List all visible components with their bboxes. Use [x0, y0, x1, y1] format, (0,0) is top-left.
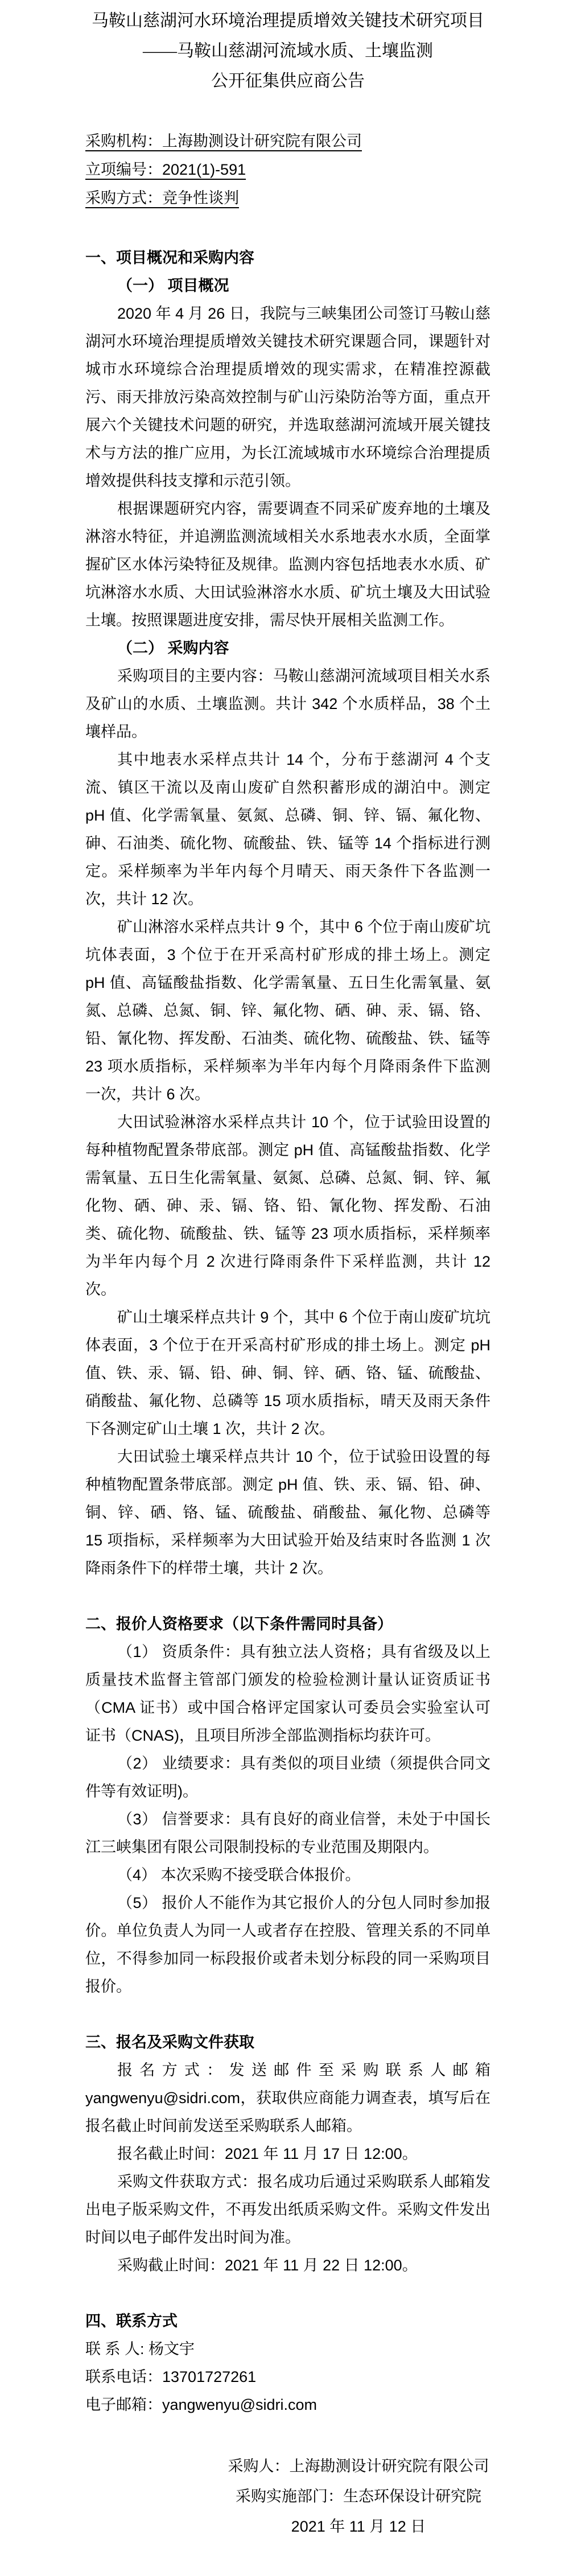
contact-phone-line: 联系电话：13701727261 [85, 2363, 490, 2391]
paragraph-mine-soil-sampling: 矿山土壤采样点共计 9 个，其中 6 个位于南山废矿坑坑体表面，3 个位于在开采… [85, 1304, 490, 1443]
contact-email-line: 电子邮箱：yangwenyu@sidri.com [85, 2391, 490, 2419]
paragraph-field-test-soil-sampling: 大田试验土壤采样点共计 10 个，位于试验田设置的每种植物配置条带底部。测定 p… [85, 1443, 490, 1582]
document-body: 一、项目概况和采购内容 （一） 项目概况 2020 年 4 月 26 日，我院与… [85, 212, 490, 2419]
paragraph-registration-deadline: 报名截止时间：2021 年 11 月 17 日 12:00。 [85, 2140, 490, 2168]
signature-block: 采购人：上海勘测设计研究院有限公司 采购实施部门：生态环保设计研究院 2021 … [226, 2451, 490, 2542]
section-1-sub-2-heading: （二） 采购内容 [85, 634, 490, 662]
meta-agency-line: 采购机构：上海勘测设计研究院有限公司 [85, 127, 490, 155]
meta-agency-text: 采购机构：上海勘测设计研究院有限公司 [85, 133, 362, 150]
footer-date-line: 2021 年 11 月 12 日 [226, 2512, 490, 2542]
qualification-item-3: （3） 信誉要求：具有良好的商业信誉，未处于中国长江三峡集团有限公司限制投标的专… [85, 1806, 490, 1861]
section-1-heading: 一、项目概况和采购内容 [85, 244, 490, 272]
paragraph-mine-leachate-sampling: 矿山淋溶水采样点共计 9 个，其中 6 个位于南山废矿坑坑体表面，3 个位于在开… [85, 913, 490, 1108]
section-3-heading: 三、报名及采购文件获取 [85, 2029, 490, 2056]
paragraph-procurement-deadline: 采购截止时间：2021 年 11 月 22 日 12:00。 [85, 2252, 490, 2280]
meta-project-number-line: 立项编号：2021(1)-591 [85, 155, 490, 184]
doc-title-line-3: 公开征集供应商公告 [85, 66, 490, 96]
paragraph-field-test-leachate-sampling: 大田试验淋溶水采样点共计 10 个，位于试验田设置的每种植物配置条带底部。测定 … [85, 1108, 490, 1304]
paragraph-registration-method: 报名方式：发送邮件至采购联系人邮箱 yangwenyu@sidri.com，获取… [85, 2056, 490, 2140]
blank-line [85, 2001, 490, 2029]
blank-line [85, 2280, 490, 2307]
meta-procurement-method-text: 采购方式：竞争性谈判 [85, 189, 239, 207]
section-4-heading: 四、联系方式 [85, 2307, 490, 2335]
qualification-item-4: （4） 本次采购不接受联合体报价。 [85, 1861, 490, 1889]
section-2-heading: 二、报价人资格要求（以下条件需同时具备） [85, 1610, 490, 1638]
blank-line [85, 212, 490, 244]
paragraph-project-overview-2: 根据课题研究内容，需要调查不同采矿废弃地的土壤及淋溶水特征，并追溯监测流域相关水… [85, 495, 490, 634]
meta-project-number-text: 立项编号：2021(1)-591 [85, 161, 246, 178]
meta-block: 采购机构：上海勘测设计研究院有限公司 立项编号：2021(1)-591 采购方式… [85, 127, 490, 212]
qualification-item-1: （1） 资质条件：具有独立法人资格；具有省级及以上质量技术监督主管部门颁发的检验… [85, 1638, 490, 1750]
blank-line [85, 1582, 490, 1610]
meta-procurement-method-line: 采购方式：竞争性谈判 [85, 184, 490, 212]
paragraph-document-delivery: 采购文件获取方式：报名成功后通过采购联系人邮箱发出电子版采购文件，不再发出纸质采… [85, 2168, 490, 2252]
footer-purchaser-line: 采购人：上海勘测设计研究院有限公司 [226, 2451, 490, 2482]
document-page: 马鞍山慈湖河水环境治理提质增效关键技术研究项目 ——马鞍山慈湖河流域水质、土壤监… [0, 0, 569, 2576]
paragraph-project-overview-1: 2020 年 4 月 26 日，我院与三峡集团公司签订马鞍山慈湖河水环境治理提质… [85, 300, 490, 495]
qualification-item-5: （5） 报价人不能作为其它报价人的分包人同时参加报价。单位负责人为同一人或者存在… [85, 1889, 490, 2001]
doc-title-line-1: 马鞍山慈湖河水环境治理提质增效关键技术研究项目 [85, 6, 490, 36]
contact-person-line: 联 系 人: 杨文宇 [85, 2335, 490, 2363]
qualification-item-2: （2） 业绩要求：具有类似的项目业绩（须提供合同文件等有效证明)。 [85, 1750, 490, 1806]
doc-title-line-2: ——马鞍山慈湖河流域水质、土壤监测 [85, 36, 490, 66]
paragraph-procurement-content-summary: 采购项目的主要内容：马鞍山慈湖河流域项目相关水系及矿山的水质、土壤监测。共计 3… [85, 662, 490, 746]
footer-department-line: 采购实施部门：生态环保设计研究院 [226, 2482, 490, 2512]
section-1-sub-1-heading: （一） 项目概况 [85, 272, 490, 300]
paragraph-surface-water-sampling: 其中地表水采样点共计 14 个，分布于慈湖河 4 个支流、镇区干流以及南山废矿自… [85, 746, 490, 913]
